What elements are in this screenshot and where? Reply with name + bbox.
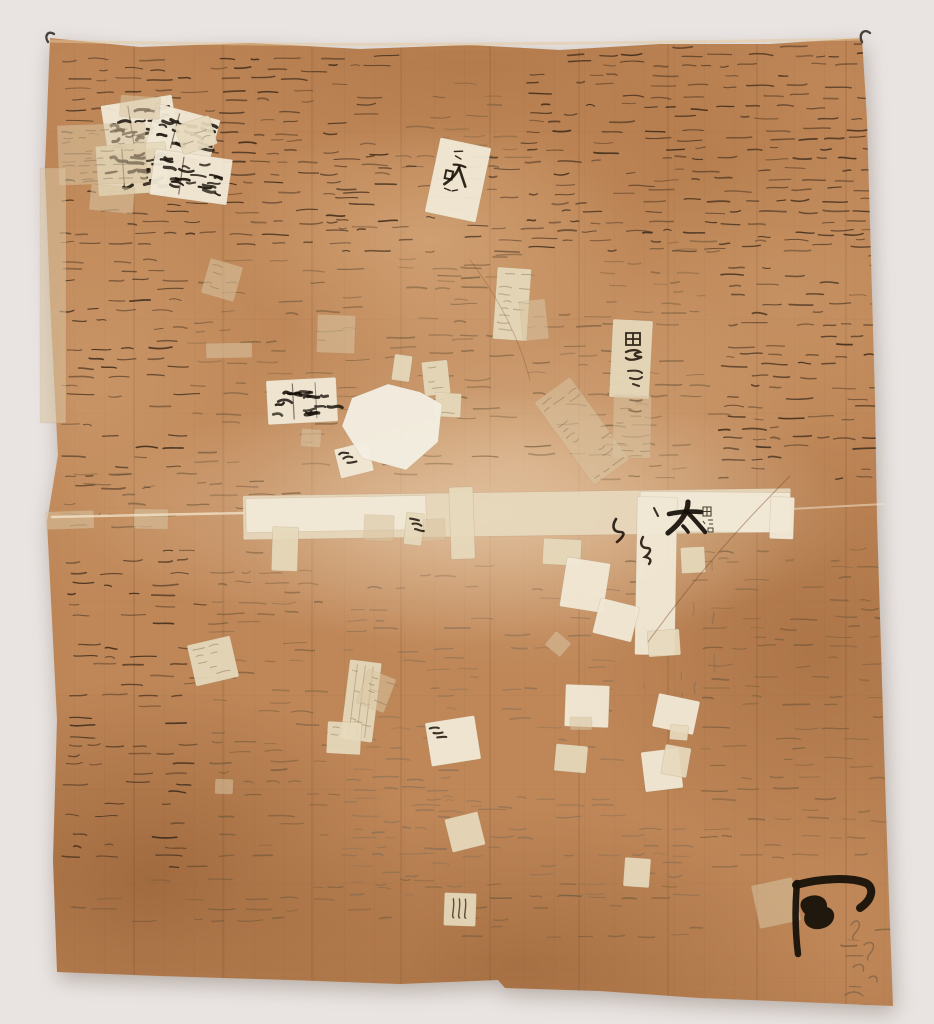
textile-artifact xyxy=(0,0,934,1024)
museum-photo xyxy=(0,0,934,1024)
cloth-base xyxy=(0,0,934,1024)
